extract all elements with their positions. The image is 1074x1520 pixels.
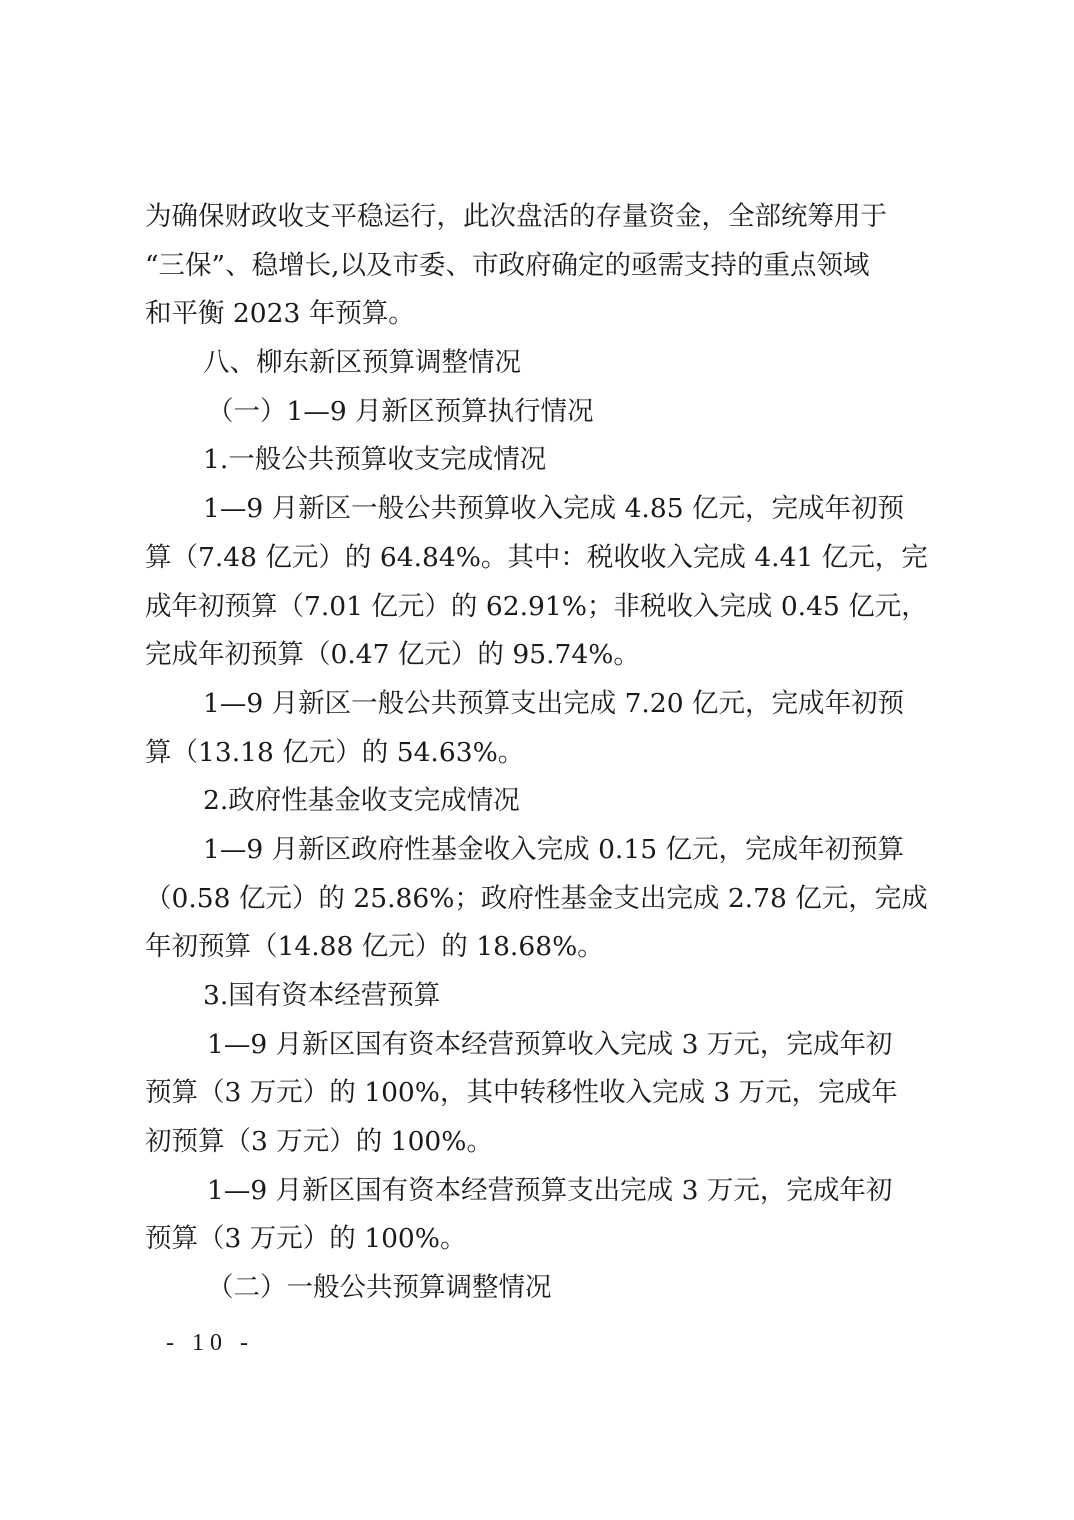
text-line: 成年初预算（7.01 亿元）的 62.91%；非税收入完成 0.45 亿元， bbox=[145, 583, 941, 632]
item-heading-government-fund: 2.政府性基金收支完成情况 bbox=[145, 777, 941, 826]
paragraph-government-fund: 1—9 月新区政府性基金收入完成 0.15 亿元，完成年初预算 （0.58 亿元… bbox=[145, 826, 941, 972]
text-line: 算（7.48 亿元）的 64.84%。其中：税收收入完成 4.41 亿元，完 bbox=[145, 534, 941, 583]
text-line: 预算（3 万元）的 100%。 bbox=[145, 1215, 941, 1264]
document-page: 为确保财政收支平稳运行，此次盘活的存量资金，全部统筹用于 “三保”、稳增长,以及… bbox=[145, 193, 941, 1313]
text-line: 1—9 月新区国有资本经营预算收入完成 3 万元，完成年初 bbox=[145, 1021, 941, 1070]
paragraph-state-capital-revenue: 1—9 月新区国有资本经营预算收入完成 3 万元，完成年初 预算（3 万元）的 … bbox=[145, 1021, 941, 1167]
text-line: 1—9 月新区一般公共预算支出完成 7.20 亿元，完成年初预 bbox=[145, 680, 941, 729]
subsection-heading-execution: （一）1—9 月新区预算执行情况 bbox=[145, 388, 941, 437]
text-line: 预算（3 万元）的 100%，其中转移性收入完成 3 万元，完成年 bbox=[145, 1069, 941, 1118]
text-line: “三保”、稳增长,以及市委、市政府确定的亟需支持的重点领域 bbox=[145, 242, 941, 291]
text-line: 年初预算（14.88 亿元）的 18.68%。 bbox=[145, 923, 941, 972]
text-line: 1—9 月新区一般公共预算收入完成 4.85 亿元，完成年初预 bbox=[145, 485, 941, 534]
text-line: 算（13.18 亿元）的 54.63%。 bbox=[145, 729, 941, 778]
text-line: 为确保财政收支平稳运行，此次盘活的存量资金，全部统筹用于 bbox=[145, 193, 941, 242]
text-line: （0.58 亿元）的 25.86%；政府性基金支出完成 2.78 亿元，完成 bbox=[145, 875, 941, 924]
text-line: 1—9 月新区国有资本经营预算支出完成 3 万元，完成年初 bbox=[145, 1167, 941, 1216]
text-line: 完成年初预算（0.47 亿元）的 95.74%。 bbox=[145, 631, 941, 680]
subsection-heading-adjustment: （二）一般公共预算调整情况 bbox=[145, 1264, 941, 1313]
item-heading-general-budget: 1.一般公共预算收支完成情况 bbox=[145, 436, 941, 485]
page-number: - 10 - bbox=[166, 1330, 254, 1357]
section-heading-8: 八、柳东新区预算调整情况 bbox=[145, 339, 941, 388]
paragraph-general-expenditure: 1—9 月新区一般公共预算支出完成 7.20 亿元，完成年初预 算（13.18 … bbox=[145, 680, 941, 777]
paragraph-state-capital-expenditure: 1—9 月新区国有资本经营预算支出完成 3 万元，完成年初 预算（3 万元）的 … bbox=[145, 1167, 941, 1264]
paragraph-general-revenue: 1—9 月新区一般公共预算收入完成 4.85 亿元，完成年初预 算（7.48 亿… bbox=[145, 485, 941, 680]
text-line: 1—9 月新区政府性基金收入完成 0.15 亿元，完成年初预算 bbox=[145, 826, 941, 875]
text-line: 初预算（3 万元）的 100%。 bbox=[145, 1118, 941, 1167]
text-line: 和平衡 2023 年预算。 bbox=[145, 290, 941, 339]
item-heading-state-capital: 3.国有资本经营预算 bbox=[145, 972, 941, 1021]
paragraph-stock-funds: 为确保财政收支平稳运行，此次盘活的存量资金，全部统筹用于 “三保”、稳增长,以及… bbox=[145, 193, 941, 339]
